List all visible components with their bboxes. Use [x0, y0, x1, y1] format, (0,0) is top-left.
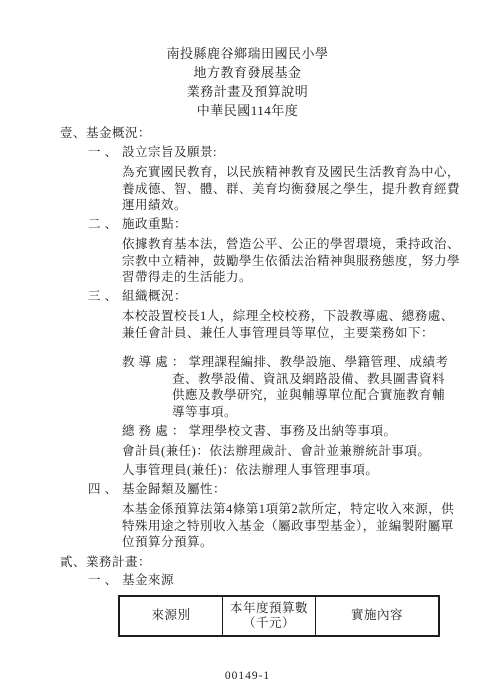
fund-source-item-title: 基金來源: [122, 573, 174, 587]
fund-name: 地方教育發展基金: [0, 63, 495, 82]
table-header-source-type: 來源別: [119, 596, 223, 636]
item-2-title: 施政重點：: [122, 217, 187, 231]
school-name: 南投縣鹿谷鄉瑞田國民小學: [0, 44, 495, 63]
fund-source-item-number: 一 、: [88, 572, 122, 589]
item-4-number: 四 、: [88, 481, 122, 498]
item-4-head: 四 、基金歸類及屬性：: [88, 481, 487, 498]
table-header-row: 來源別 本年度預算數 （千元） 實施內容: [119, 596, 439, 636]
table-header-implementation: 實施內容: [316, 596, 440, 636]
item-1-paragraph: 為充實國民教育，以民族精神教育及國民生活教育為中心， 養成德、智、體、群、美育均…: [122, 164, 487, 214]
item-4-title: 基金歸類及屬性：: [122, 482, 226, 496]
item-1-number: 一 、: [88, 144, 122, 161]
item-3-paragraph: 本校設置校長1人，綜理全校校務，下設教導處、總務處、 兼任會計員、兼任人事管理員…: [122, 308, 487, 341]
item-2-head: 二 、施政重點：: [88, 216, 487, 233]
item-3-number: 三 、: [88, 288, 122, 305]
department-accountant: 會計員(兼任)：依法辦理歲計、會計並兼辦統計事項。: [122, 443, 487, 460]
fund-source-item-head: 一 、基金來源: [88, 572, 487, 589]
section-1-heading: 壹、基金概況：: [60, 125, 487, 142]
table-header-budget-amount: 本年度預算數 （千元）: [223, 596, 316, 636]
item-3-head: 三 、組織概況：: [88, 288, 487, 305]
item-1-head: 一 、設立宗旨及願景:: [88, 144, 487, 161]
item-4-paragraph: 本基金係預算法第4條第1項第2款所定，特定收入來源，供 特殊用途之特別收入基金（…: [122, 501, 487, 551]
section-2-heading: 貳、業務計畫：: [60, 554, 487, 571]
item-3-title: 組織概況：: [122, 289, 187, 303]
document-subtitle: 業務計畫及預算說明: [0, 82, 495, 101]
item-1-title: 設立宗旨及願景:: [122, 145, 217, 159]
fund-source-table: 來源別 本年度預算數 （千元） 實施內容: [118, 595, 440, 637]
item-2-paragraph: 依據教育基本法，營造公平、公正的學習環境，秉持政治、 宗教中立精神，鼓勵學生依循…: [122, 236, 487, 286]
fiscal-year: 中華民國114年度: [0, 101, 495, 120]
document-title-block: 南投縣鹿谷鄉瑞田國民小學 地方教育發展基金 業務計畫及預算說明 中華民國114年…: [0, 44, 495, 120]
department-personnel: 人事管理員(兼任)：依法辦理人事管理事項。: [122, 462, 487, 479]
page-number: 00149-1: [0, 670, 495, 682]
document-page: 南投縣鹿谷鄉瑞田國民小學 地方教育發展基金 業務計畫及預算說明 中華民國114年…: [0, 0, 495, 700]
department-academic-affairs: 教 導 處 ： 掌理課程編排、教學設施、學籍管理、成績考 查、教學設備、資訊及網…: [122, 354, 487, 420]
department-general-affairs: 總 務 處 ： 掌理學校文書、事務及出納等事項。: [122, 423, 487, 440]
item-2-number: 二 、: [88, 216, 122, 233]
